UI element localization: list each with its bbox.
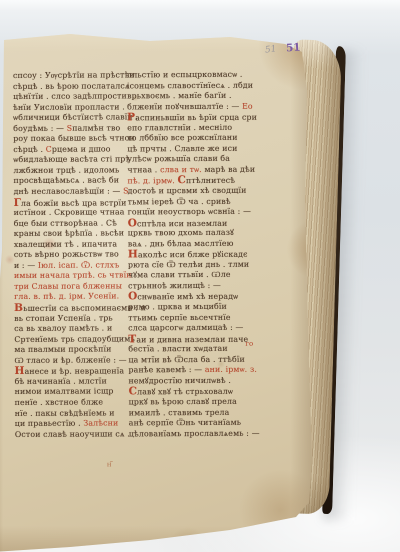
manuscript-line: сѣрцѣ . вь ѣрою послаталсѧ [13,81,131,92]
manuscript-line: ттьимь серпїе вьсечтнїе [128,312,246,323]
ink-text-run: анѣ серпїе Ѿнь читанїамь [129,418,241,428]
ink-text-run: боудѣмь : — [13,123,66,132]
manuscript-line: ѡбидлаѣюще васѣта сті прѣ [13,155,131,166]
manuscript-line: блженїи поꙋчнвшалтїе : — Ео [127,101,245,112]
ink-text-run: снѡванїе имѣ хѣ нерадѡ [137,292,238,302]
ink-text-run: ма пвалмыи проскѣпїи [14,345,111,355]
rubric-text-run: пѣ. д. ірмѡ. [127,177,177,186]
ink-text-run: спсоу : Уѹсрѣтїи на прѣстѣи [13,70,135,80]
rubric-text-run: имыи начала трпѣ. сь чтвїи [14,271,132,281]
manuscript-line: боудѣмь : — Ѕпалмѣн тво [13,123,131,134]
manuscript-line: римо . црква и мьцибїи [128,302,246,313]
manuscript-line: цѣ прчты . Славле же иси [127,144,245,155]
manuscript-line: ѡбличници бѣстїистѣ славїи . [13,113,131,124]
rubric-text-run: С [129,386,138,398]
ink-text-run: врьхвоємь . манїе багїи . [127,91,232,101]
ink-text-run: ісонцемь славостїнїесѧ . лбди [127,80,253,90]
rubric-text-run: Н [128,249,138,261]
manuscript-line: гла. в. пѣ. д. ірм. Усенїи. [14,292,132,303]
rubric-text-run: С [177,175,186,187]
ink-text-run: просвѣщаѣмьсѧ . васѣ би [13,176,119,186]
ink-text-run: цркꙋ вь ѣрою славꙋ прела [129,397,237,407]
manuscript-line: Оснѡванїе имѣ хѣ нерадѡ [128,291,246,302]
rubric-text-run: Іюл. ісап. Ѿ. стлхъ [38,260,119,269]
manuscript-line: лжбжнои трцѣ . идоломь [13,165,131,176]
manuscript-line: сѣрцѣ . Срцема и дшоо [13,144,131,155]
manuscript-line: то лббвїю все рожснїлани [127,133,245,144]
ink-text-run: чꙋма слави ттьвїи . Ѡле [128,270,231,280]
ink-text-run: ѣнїи Уисловїи пропласти . [13,102,125,112]
ink-text-run: ваѧ . днь бѣлаа маслтїею [128,239,234,249]
ink-text-run: немꙋдростїю ничилѡвѣ . [129,376,231,386]
manuscript-line: краны свои ѣрѣпїа . вьсѣи [14,229,132,240]
ink-text-run: ла божїи вьсѣ цра встрїи [21,198,127,208]
ink-text-run: цѣлованїамь прославлѧемь : — [129,428,260,438]
ink-text-run: имаилѣ . ставимь трела [129,407,230,417]
manuscript-line: бѣ начинанїа . млстїи [15,376,133,387]
ink-text-run: рюта сїе Ѿ телѣи днь . тлми [128,260,249,270]
ink-text-run: улѣсѡ рожьшїа слави ба [127,154,230,164]
margin-gloss: го [245,340,253,348]
ink-text-run: тьмы іереѣ Ѿ ча . сривѣ [128,196,231,206]
ink-text-run: Сртенїемь трь спадоубщимь [14,334,135,344]
manuscript-line: црквь твою дхомь палазꙋ [128,228,246,239]
ink-text-run: лжбжнои трцѣ . идоломь [13,165,119,175]
manuscript-line: просвѣщаѣмьсѧ . васѣ би [13,176,131,187]
ink-text-run: и : — [14,261,38,270]
manuscript-line: роу покаа бывше вьсѣ чтнои [13,134,131,145]
manuscript-line: Вьшестїи са вьспоминаєми . и [14,302,132,313]
rubric-text-run: Ео [242,101,253,110]
ink-text-run: лавꙋ хвꙋ тѣ стрьховалѡ [137,387,233,397]
manuscript-line: ца мтїи вѣ Ѿсла ба . ттѣбїи [128,355,246,366]
manuscript-line: Славꙋ хвꙋ тѣ стрьховалѡ [129,386,247,397]
manuscript-line: пѣ. д. ірмѡ. Сптѣлнитесѣ [127,175,245,186]
manuscript-line: рюта сїе Ѿ телѣи днь . тлми [128,260,246,271]
ink-text-run: нїе . пакы свѣдѣнїемь и [15,408,115,418]
ink-text-run: ци правьестїю . [15,419,84,428]
ink-text-run: епо главлстнїи . месніло [127,123,232,133]
manuscript-line: Осптѣла иси наземлаи [128,217,246,228]
ink-text-run: анесе и ѣр. невращенїа [25,367,125,377]
rubric-text-run: Залѣсни [83,418,118,427]
ink-text-run: пльстїю и еспыцрковмасѡ . [127,70,243,80]
ink-text-run: аи и дивна наземлаи паче [136,334,248,344]
ink-text-run: сѣрцѣ . вь ѣрою послаталсѧ [13,81,130,91]
rubric-text-run: В [14,302,23,314]
manuscript-line: имаилѣ . ставимь трела [129,407,247,418]
ink-text-run: истїнои . Скровище чтнаа [14,208,125,218]
manuscript-line: хвалещими тѣ . ипачита [14,239,132,250]
ink-text-run: стрьнноѣ жилищѣ : — [128,281,221,290]
rubric-text-run: слва и тѡ. [160,165,202,174]
manuscript-line: цѣнїтїи . слсо задѣлпрости [13,91,131,102]
manuscript-line: три Славы пога блженны [14,281,132,292]
rubric-text-run: О [128,217,137,229]
ink-text-run: днѣ неславославѣщїи : — [14,186,124,196]
manuscript-line: нїе . пакы свѣдѣнїемь и [15,408,133,419]
manuscript-line: са вь хвалоу памѣть . и [14,323,132,334]
ink-text-run: чтнаа . [127,165,160,174]
manuscript-line: соть вѣрно рожьствѡ тво [14,250,132,261]
manuscript-line: ма пвалмыи проскѣпїи [14,345,132,356]
manuscript-line: ранѣе кавемѣ : — ани. ірмѡ. з. [128,365,246,376]
ink-text-run: сѣрцѣ . [13,145,45,154]
ink-text-run: блженїи поꙋчнвшалтїе : — [127,101,242,111]
manuscript-line: и : — Іюл. ісап. Ѿ. стлхъ [14,260,132,271]
manuscript-line: епо главлстнїи . месніло [127,122,245,133]
manuscript-line: имыи начала трпѣ. сь чтвїи [14,271,132,282]
manuscript-line: тьмы іереѣ Ѿ ча . сривѣ [128,196,246,207]
manuscript-line: Нанесе и ѣр. невращенїа [14,366,132,377]
manuscript-line: ісонцемь славостїнїесѧ . лбди [127,80,245,91]
ink-text-run: ттьимь серпїе вьсечтнїе [128,312,230,322]
ink-text-run: бѣ начинанїа . млстїи [15,376,107,385]
ink-text-run: ца мтїи вѣ Ѿсла ба . ттѣбїи [128,355,244,365]
ink-text-run: марѣ ва дѣи [202,165,255,174]
ink-text-run: ранѣе кавемѣ : — [128,365,204,374]
ink-text-run: роу покаа бывше вьсѣ чтнои [13,134,135,144]
manuscript-line: ѣнїи Уисловїи пропласти . [13,102,131,113]
foliation-number-violet: 51 [286,42,301,55]
ink-text-run: са вь хвалоу памѣть . и [14,324,112,334]
ink-text-run: вь стопаи Успенїа . трь [14,313,113,323]
manuscript-line: Сртенїемь трь спадоубщимь [14,334,132,345]
ink-text-run: бестїа . власти хѡдатаи [128,344,227,354]
rubric-text-run: гла. в. пѣ. д. ірм. Усенїи. [14,292,119,302]
manuscript-line: спсоу : Уѹсрѣтїи на прѣстѣи [13,70,131,81]
ink-text-run: слса царсогѡ далмицаѣ : — [128,323,243,333]
ink-text-run: соть вѣрно рожьствѡ тво [14,250,119,260]
ink-text-run: палмѣн тво [72,123,120,132]
ink-text-run: ѡбличници бѣстїистѣ славїи . [13,113,138,123]
manuscript-line: Таи и дивна наземлаи паче [128,333,246,344]
manuscript-line: бестїа . власти хѡдатаи [128,344,246,355]
manuscript-line: Распиньвшїи вь ѣрїи срца сри [127,112,245,123]
manuscript-line: вь стопаи Успенїа . трь [14,313,132,324]
ink-text-run: бце быи сттворѣнаа . Сѣ [14,218,117,228]
ink-text-run: достоѣ и црсвми хѣ сводщїи [128,186,247,196]
photo-of-manuscript: спсоу : Уѹсрѣтїи на прѣстѣисѣрцѣ . вь ѣр… [0,0,400,552]
ink-text-run: Остои славѣ наоучиши сѧ . [15,429,130,439]
manuscript-line: гонцїи неоустворь ѡсвнїа : — [128,207,246,218]
ink-text-run: птѣлнитесѣ [186,176,235,185]
ink-text-run: цѣ прчты . Славле же иси [127,144,237,154]
manuscript-line: слса царсогѡ далмицаѣ : — [128,323,246,334]
manuscript-line: Ѡ тласо и ѣр. блженїе : — [14,355,132,366]
manuscript-line: пенїе . хвстное блже [15,397,133,408]
manuscript-line: врьхвоємь . манїе багїи . [127,91,245,102]
manuscript-line: немꙋдростїю ничилѡвѣ . [129,376,247,387]
rubric-text-run: три Славы пога блженны [14,281,122,291]
ink-text-run: црквь твою дхомь палазꙋ [128,228,234,238]
manuscript-line: Остои славѣ наоучиши сѧ . [15,429,133,440]
manuscript-line: цѣлованїамь прославлѧемь : — [129,428,247,439]
ink-text-run: ѡбидлаѣюще васѣта сті прѣ [13,155,130,165]
manuscript-line: Наколѣс иси блже рꙋіскадє [128,249,246,260]
ink-text-run: цѣнїтїи . слсо задѣлпрости [13,91,127,101]
manuscript-line: бце быи сттворѣнаа . Сѣ [14,218,132,229]
ink-text-run: пенїе . хвстное блже [15,397,103,406]
rubric-text-run: О [128,291,137,303]
manuscript-line: цркꙋ вь ѣрою славꙋ прела [129,397,247,408]
ink-text-run: рцема и дшоо [52,144,111,153]
manuscript-line: улѣсѡ рожьшїа слави ба [127,154,245,165]
manuscript-line: пльстїю и еспыцрковмасѡ . [127,70,245,81]
ink-text-run: нимои ималтвами ісщр [15,387,114,397]
ink-text-run: аколѣс иси блже рꙋіскадє [138,250,248,260]
ink-text-run: сптѣла иси наземлаи [137,219,227,228]
manuscript-line: достоѣ и црсвми хѣ сводщїи [128,186,246,197]
rubric-text-run: ани. ірмѡ. з. [205,365,257,374]
ink-text-run: аспиньвшїи вь ѣрїи срца сри [135,113,257,123]
ink-text-run: то лббвїю все рожснїлани [127,133,237,143]
rubric-text-run: Р [127,112,135,124]
rubric-text-run: Н [14,365,24,377]
ink-text-run: краны свои ѣрѣпїа . вьсѣи [14,229,124,239]
manuscript-line: стрьнноѣ жилищѣ : — [128,281,246,292]
ink-text-run: римо . црква и мьцибїи [128,302,227,312]
manuscript-line: нимои ималтвами ісщр [15,387,133,398]
manuscript-line: чꙋма слави ттьвїи . Ѡле [128,270,246,281]
manuscript-line: ваѧ . днь бѣлаа маслтїею [128,239,246,250]
quire-mark: н҃ [107,459,111,468]
manuscript-line: истїнои . Скровище чтнаа [14,207,132,218]
ink-text-run: хвалещими тѣ . ипачита [14,239,117,249]
text-column-right: пльстїю и еспыцрковмасѡ .ісонцемь славос… [127,70,247,440]
manuscript-line: Гла божїи вьсѣ цра встрїи [14,197,132,208]
manuscript-line: анѣ серпїе Ѿнь читанїамь [129,418,247,429]
manuscript-text: спсоу : Уѹсрѣтїи на прѣстѣисѣрцѣ . вь ѣр… [0,0,400,552]
rubric-text-run: Т [128,333,136,345]
ink-text-run: Ѡ тласо и ѣр. блженїе : — [14,355,126,365]
foliation-number-pencil: 51 [264,44,277,55]
manuscript-line: ци правьестїю . Залѣсни [15,418,133,429]
text-column-left: спсоу : Уѹсрѣтїи на прѣстѣисѣрцѣ . вь ѣр… [13,70,133,440]
ink-text-run: гонцїи неоустворь ѡсвнїа : — [128,207,251,217]
manuscript-line: днѣ неславославѣщїи : — Ѕ. [14,186,132,197]
